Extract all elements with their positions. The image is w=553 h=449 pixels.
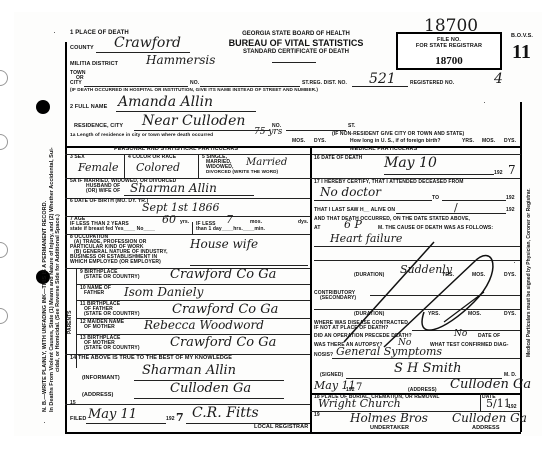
color-label: 4 COLOR OR RACE (128, 155, 176, 160)
spouse-label: (OR) WIFE OF (86, 189, 120, 194)
margin-notch (0, 308, 8, 324)
informant-value: Sharman Allin (142, 364, 236, 377)
undertaker-address-value: Culloden Ga (452, 412, 527, 424)
title-rule (272, 62, 316, 63)
mother-birthplace-value: Crawford Co Ga (170, 336, 276, 349)
length-residence-value: 75 yrs (254, 128, 282, 137)
registered-label: REGISTERED NO. (410, 81, 454, 86)
date-of-death-value: May 10 (384, 156, 437, 170)
cause-label: M. THE CAUSE OF DEATH WAS AS FOLLOWS: (378, 226, 493, 231)
mother-label: OF MOTHER (84, 325, 115, 330)
last-saw-year: 192 (506, 208, 515, 213)
signed-year: 7 (356, 383, 362, 393)
hospital-note: (IF DEATH OCCURRED IN HOSPITAL OR INSTIT… (70, 88, 318, 93)
agency-line-1: GEORGIA STATE BOARD OF HEALTH (226, 31, 366, 37)
militia-label: MILITIA DISTRICT (70, 62, 118, 68)
filed-line (86, 423, 166, 424)
signed-label: (SIGNED) (320, 373, 343, 378)
margin-notch (0, 134, 8, 150)
address-line (134, 398, 284, 399)
registered-value: 4 (494, 72, 503, 86)
full-name-line (116, 111, 256, 112)
filed-date: May 11 (88, 408, 137, 421)
death-certificate: N. B.—WRITE PLAINLY, WITH UNFADING INK—T… (14, 12, 542, 436)
instruction-line: In Deaths From Violent Causes, State (1)… (49, 147, 56, 412)
militia-value: Hammersis (146, 54, 215, 66)
bottom-border (65, 432, 521, 434)
occurred-label: AND THAT DEATH OCCURRED, ON THE DATE STA… (314, 217, 470, 222)
father-birthplace-value: Crawford Co Ga (172, 303, 278, 316)
left-border (65, 42, 67, 432)
mother-value: Rebecca Woodword (144, 319, 264, 331)
cancellation-scribble (324, 232, 514, 352)
instruction-line: N. B.—WRITE PLAINLY, WITH UNFADING INK—T… (42, 147, 49, 412)
undertaker-address-label: ADDRESS (472, 426, 500, 432)
mother-birthplace-label: (STATE OR COUNTRY) (84, 346, 140, 351)
row-rule (65, 216, 310, 217)
cell-divider (480, 393, 481, 411)
length-residence-label: 1a Length of residence in city or town w… (70, 133, 213, 138)
sex-value: Female (78, 162, 119, 173)
address-label: (ADDRESS) (82, 393, 113, 399)
occupation-label: WHICH EMPLOYED (OR EMPLOYER) (70, 260, 161, 265)
birthplace-label: (STATE OR COUNTRY) (84, 275, 140, 280)
foreign-mos-label: mos. (482, 139, 495, 144)
at-label: AT (314, 226, 321, 231)
signed-address-value: Culloden Ga (450, 378, 531, 391)
st-reg-label: ST.REG. DIST. NO. (302, 81, 347, 86)
nosis-line (332, 358, 520, 359)
sex-label: 3 SEX (70, 155, 85, 160)
death-year: 7 (508, 164, 516, 176)
foreign-dys-label: dys. (504, 139, 516, 144)
agency-line-2: BUREAU OF VITAL STATISTICS (218, 38, 374, 48)
row-rule (65, 404, 310, 405)
undertaker-label: UNDERTAKER (370, 426, 409, 432)
bovs-label: B.O.V.S. (511, 34, 533, 40)
residence-st-label: ST. (348, 124, 356, 129)
nonresident-note: (IF NON-RESIDENT GIVE CITY OR TOWN AND S… (332, 132, 464, 137)
nosis-label: NOSIS? (314, 353, 333, 358)
filed-year: 7 (176, 412, 184, 423)
instruction-line: cidal, or Homicidal. (See Reverse Side f… (55, 147, 62, 412)
physician-note: Medical Particulars must be signed by Ph… (526, 188, 532, 357)
filed-label: FILED (70, 417, 86, 423)
file-box-value: 18700 (398, 55, 500, 67)
spouse-line (124, 195, 254, 196)
last-saw-value: / (454, 202, 458, 213)
burial-date-value: 5/11 (486, 398, 511, 409)
cell-divider (198, 154, 199, 178)
parents-label: PARENTS (67, 310, 73, 334)
father-value: Isom Daniely (124, 286, 203, 298)
age-mos-label: mos. (250, 220, 262, 225)
burial-value: Wright Church (318, 398, 401, 409)
length-mos-label: mos. (292, 139, 305, 144)
bovs-value: 11 (512, 42, 531, 62)
st-reg-value: 521 (369, 72, 396, 86)
to-year-suffix: 192 (506, 196, 515, 201)
residence-label: RESIDENCE, CITY (74, 124, 123, 130)
lt2-label: state if breast fed Yes____ No____ (70, 227, 155, 232)
column-divider (310, 146, 312, 432)
full-name-label: 2 FULL NAME (70, 105, 107, 111)
registrar-signature: C.R. Fitts (192, 406, 259, 420)
to-line (442, 200, 506, 201)
date-of-death-line (384, 174, 494, 175)
age-yrs-label: yrs. (180, 220, 189, 225)
dob-label: 6 DATE OF BIRTH (MO. DY. YR.) (70, 199, 148, 204)
item-19: 19 (314, 413, 320, 418)
undertaker-value: Holmes Bros (350, 412, 428, 424)
informant-label: (INFORMANT) (82, 376, 120, 382)
burial-year-prefix: 192 (508, 405, 517, 410)
marital-label: DIVORCED (write the word) (206, 170, 278, 175)
county-label: COUNTY (70, 46, 94, 52)
lt1-label: than 1 day____hrs.____min. (196, 227, 265, 232)
father-label: FATHER (84, 291, 104, 296)
residence-value: Near Culloden (142, 114, 245, 128)
death-year-prefix: 192 (494, 171, 503, 176)
town-label: CITY (70, 81, 82, 86)
age-dys-label: dys. (298, 220, 308, 225)
file-box-label: FOR STATE REGISTRAR (398, 44, 500, 50)
length-dys-label: dys. (314, 139, 326, 144)
local-registrar-label: LOCAL REGISTRAR (254, 425, 308, 431)
from-line (314, 200, 432, 201)
cell-divider (192, 222, 193, 234)
spouse-value: Sharman Allin (130, 182, 217, 194)
to-label: TO (432, 196, 439, 201)
address-value: Culloden Ga (170, 382, 251, 395)
st-reg-line (352, 86, 408, 87)
date-of-death-label: 16 DATE OF DEATH (314, 156, 362, 161)
dob-value: Sept 1st 1866 (142, 202, 220, 213)
margin-notch (0, 242, 8, 258)
no-label: No. (190, 81, 199, 86)
occupation-value: House wife (190, 238, 258, 250)
last-saw-label: THAT I LAST SAW H__ ALIVE ON (314, 208, 395, 213)
punch-hole (36, 100, 50, 114)
county-value: Crawford (114, 36, 181, 50)
foreign-yrs-label: yrs. (462, 139, 474, 144)
residence-line (134, 130, 270, 131)
age-years-value: 60 (162, 214, 176, 225)
side-instructions: N. B.—WRITE PLAINLY, WITH UNFADING INK—T… (42, 147, 62, 412)
personal-heading: PERSONAL AND STATISTICAL PARTICULARS (114, 147, 238, 153)
informant-statement: 14 THE ABOVE IS TRUE TO THE BEST OF MY K… (70, 356, 232, 362)
medical-heading: MEDICAL PARTICULARS (350, 147, 417, 153)
foreign-birth-label: How long in U. S., if of foreign birth? (350, 139, 441, 144)
marital-value: Married (246, 158, 287, 168)
color-value: Colored (136, 162, 180, 173)
full-name-value: Amanda Allin (118, 95, 213, 109)
age-months-value: 7 (226, 214, 233, 225)
occupation-line (190, 265, 308, 266)
agency-line-3: STANDARD CERTIFICATE OF DEATH (226, 49, 366, 55)
file-number-box: FILE NO. FOR STATE REGISTRAR 18700 (396, 32, 502, 70)
signed-value: S H Smith (394, 362, 462, 375)
margin-notch (0, 70, 8, 86)
father-birthplace-label: (STATE OR COUNTRY) (84, 312, 140, 317)
attended-from-value: No doctor (320, 186, 381, 198)
last-saw-line (396, 213, 506, 214)
birthplace-value: Crawford Co Ga (170, 268, 276, 281)
time-value: 6 P (344, 219, 362, 230)
filed-year-prefix: 192 (166, 417, 175, 422)
cell-divider (124, 154, 125, 178)
